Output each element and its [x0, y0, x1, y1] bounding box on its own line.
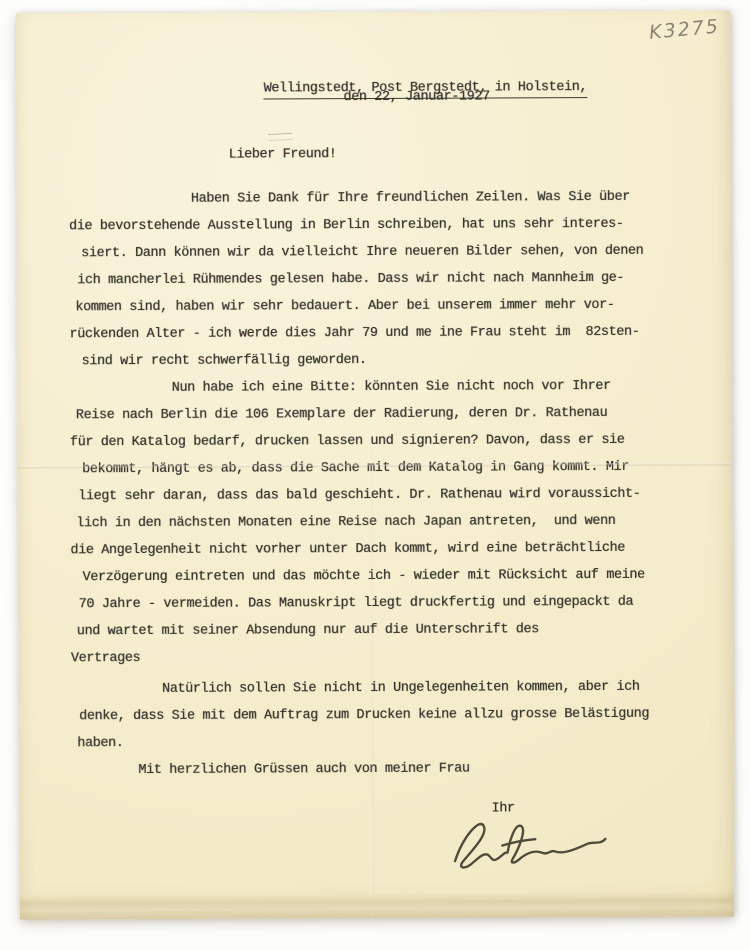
letter-line: Mit herzlichen Grüssen auch von meiner F… — [71, 755, 707, 785]
pencil-smudge-mark — [268, 133, 292, 141]
letter-line: denke, dass Sie mit dem Auftrag zum Druc… — [79, 701, 707, 731]
archive-number-pencil: K3275 — [648, 15, 721, 43]
letter-line: liegt sehr daran, dass das bald geschieh… — [78, 481, 706, 511]
letter-line: rückenden Alter - ich werde dies Jahr 79… — [69, 319, 705, 349]
letter-line: Haben Sie Dank für Ihre freundlichen Zei… — [75, 184, 705, 214]
letter-page: K3275 Wellingstedt, Post Bergstedt, in H… — [16, 10, 734, 919]
letter-line: sind wir recht schwerfällig geworden. — [81, 346, 705, 376]
signature-handwriting — [445, 811, 615, 878]
letter-line: 70 Jahre - vermeiden. Das Manuskript lie… — [79, 589, 707, 619]
letter-line: Reise nach Berlin die 106 Exemplare der … — [76, 400, 706, 430]
letter-line: Vertrages — [71, 643, 707, 673]
letter-line: und wartet mit seiner Absendung nur auf … — [77, 616, 707, 646]
letter-line: lich in den nächsten Monaten eine Reise … — [76, 508, 706, 538]
letter-line: bekommt, hängt es ab, dass die Sache mit… — [82, 454, 706, 484]
letter-line: Nun habe ich eine Bitte: könnten Sie nic… — [78, 373, 706, 403]
letter-line: Verzögerung eintreten und das möchte ich… — [82, 562, 706, 592]
letter-line: siert. Dann können wir da vielleicht Ihr… — [81, 238, 705, 268]
letter-line: kommen sind, haben wir sehr bedauert. Ab… — [75, 292, 705, 322]
letter-line: Natürlich sollen Sie nicht in Ungelegenh… — [83, 674, 707, 704]
letter-line: die bevorstehende Ausstellung in Berlin … — [69, 211, 705, 241]
letter-date-line: den 22, Januar-1927 — [343, 89, 489, 105]
scan-background: K3275 Wellingstedt, Post Bergstedt, in H… — [0, 0, 750, 950]
letter-salutation: Lieber Freund! — [229, 147, 337, 162]
letter-line: für den Katalog bedarf, drucken lassen u… — [70, 427, 706, 457]
paper-bottom-shadow — [20, 892, 734, 911]
letter-line: ich mancherlei Rühmendes gelesen habe. D… — [77, 265, 705, 295]
letter-body: Haben Sie Dank für Ihre freundlichen Zei… — [75, 184, 708, 785]
letter-line: haben. — [77, 728, 707, 758]
letter-line: die Angelegenheit nicht vorher unter Dac… — [70, 535, 706, 565]
